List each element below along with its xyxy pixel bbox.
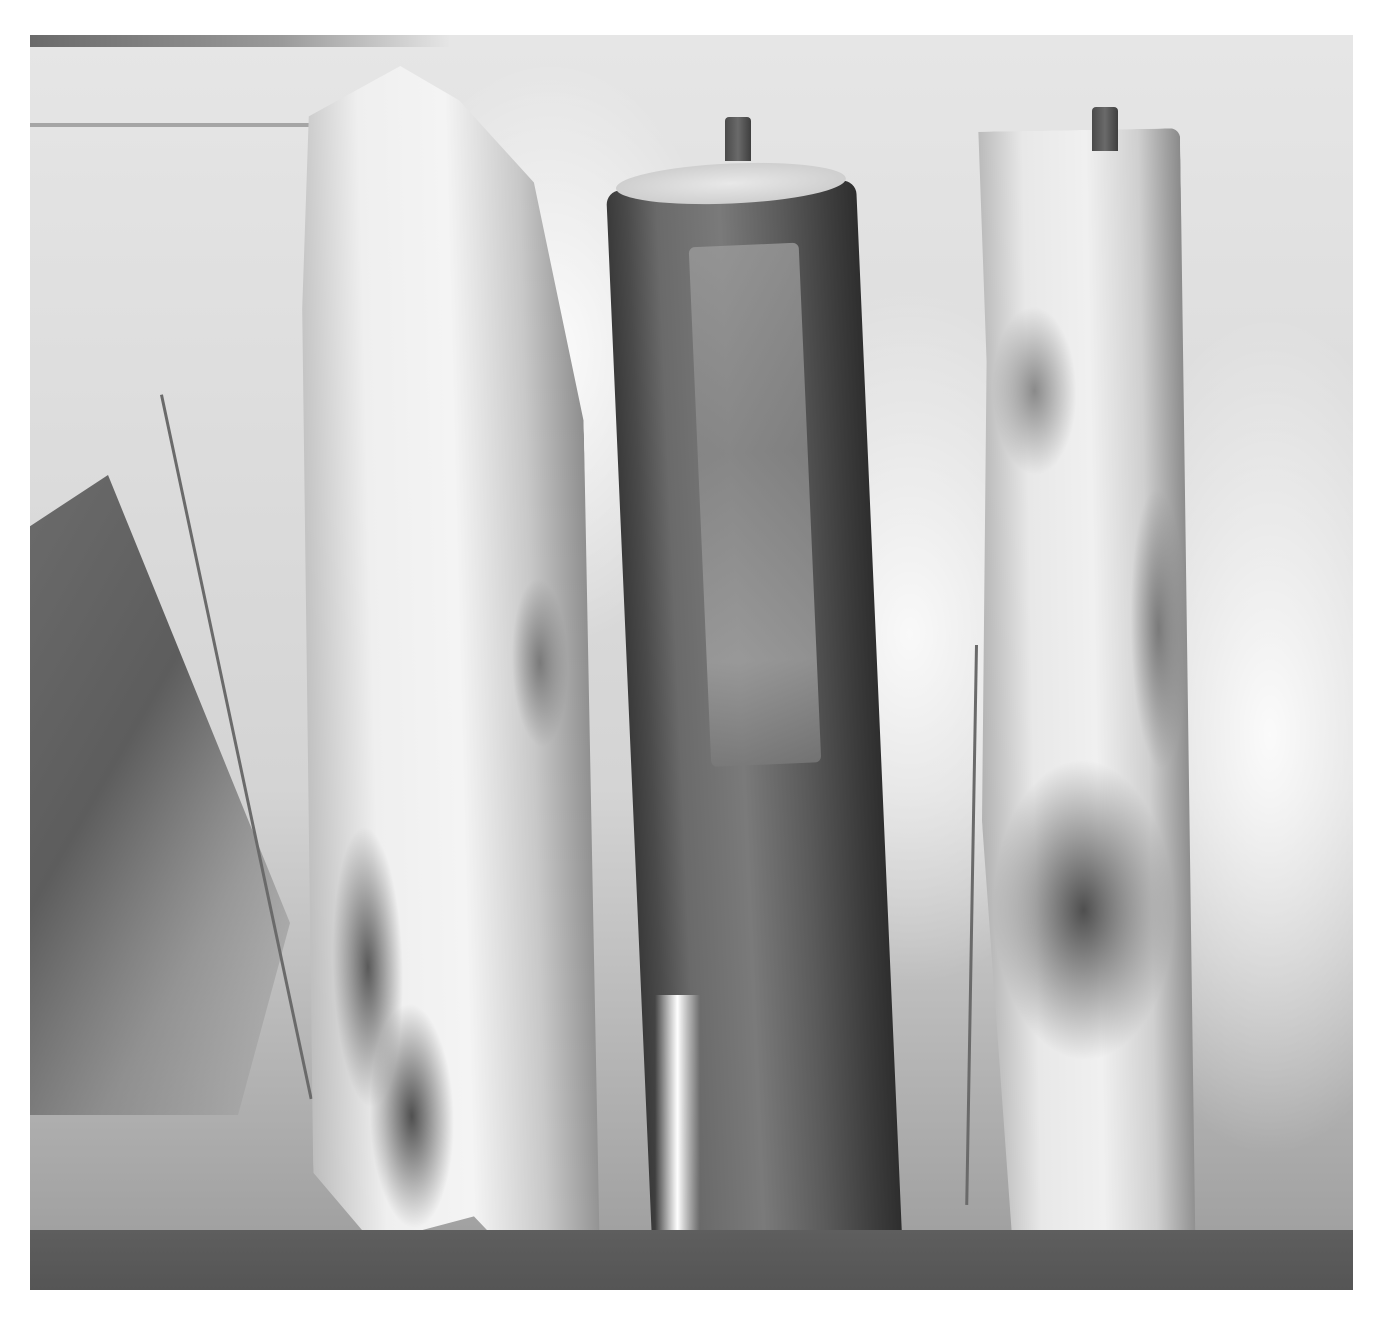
top-edge-band [30,35,450,47]
background-line [30,123,330,127]
middle-rod-patch [689,243,822,767]
left-shadow [30,475,290,1115]
photograph [30,35,1353,1290]
middle-rod-stud [725,117,751,161]
floor [30,1230,1353,1290]
right-rod-stud [1092,107,1118,151]
wire [965,645,978,1205]
left-rod [284,61,605,1268]
middle-rod [606,180,904,1290]
right-rod [970,128,1200,1281]
middle-rod-cap [615,159,847,209]
highlight [655,995,700,1255]
